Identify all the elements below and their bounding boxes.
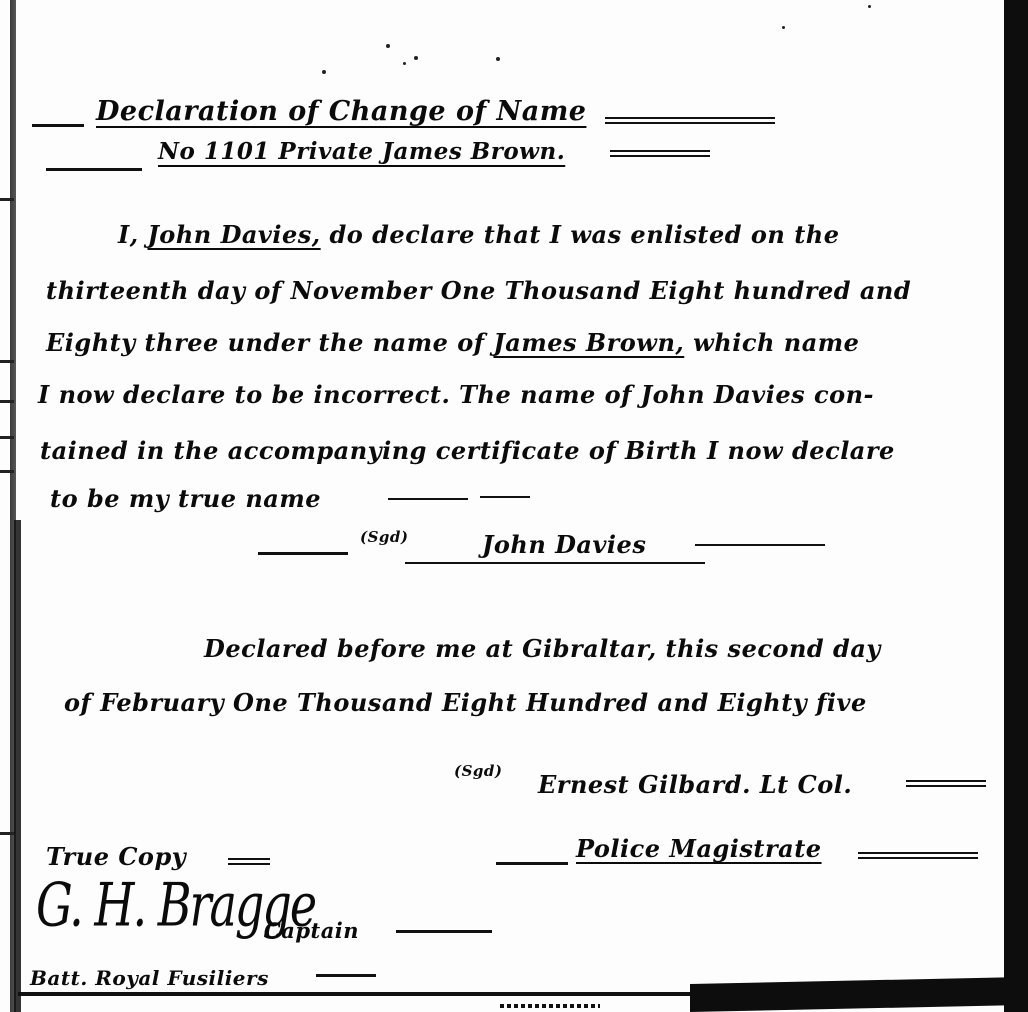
magistrate-signature: Ernest Gilbard. Lt Col. (538, 770, 852, 799)
attestation-line-2: of February One Thousand Eight Hundred a… (64, 688, 867, 717)
body-end-rule (388, 498, 468, 500)
title-rule-right (605, 117, 775, 119)
attestation-line-1: Declared before me at Gibraltar, this se… (204, 634, 881, 663)
body-line-2: thirteenth day of November One Thousand … (46, 276, 911, 305)
signature-rule-left (258, 552, 348, 555)
magistrate-title: Police Magistrate (576, 834, 822, 863)
ink-speck (868, 5, 871, 8)
scan-right-edge (1004, 0, 1028, 1012)
ink-speck (403, 62, 406, 65)
body-text: do declare that I was enlisted on the (330, 220, 840, 249)
bottom-page-rule (18, 992, 708, 996)
subtitle-rule-left (46, 168, 142, 171)
certifier-unit-rule (316, 974, 376, 977)
document-title: Declaration of Change of Name (96, 96, 586, 127)
margin-tick (0, 470, 14, 473)
declarant-signature: John Davies (482, 530, 646, 559)
document-subtitle: No 1101 Private James Brown. (158, 138, 565, 165)
margin-tick (0, 436, 14, 439)
magistrate-title-rule-right (858, 852, 978, 854)
margin-tick (0, 360, 14, 363)
signature-underline (405, 562, 705, 564)
sgd-label: (Sgd) (454, 762, 503, 780)
scan-bottom-edge (690, 977, 1028, 1012)
certifier-unit: Batt. Royal Fusiliers (30, 966, 269, 990)
body-text: I, (118, 220, 139, 249)
ink-speck (782, 26, 785, 29)
title-rule-left (32, 124, 84, 127)
scanned-document-page: Declaration of Change of Name No 1101 Pr… (0, 0, 1028, 1012)
left-margin-rule-lower (14, 520, 21, 1012)
body-line-4: I now declare to be incorrect. The name … (38, 380, 874, 409)
magistrate-rule-right (906, 780, 986, 782)
body-end-rule (480, 496, 530, 498)
margin-tick (0, 832, 14, 835)
magistrate-title-rule-left (496, 862, 568, 865)
body-line-3: Eighty three under the name of James Bro… (46, 328, 859, 357)
subtitle-rule-right (610, 150, 710, 152)
alias-name: James Brown, (493, 328, 684, 357)
signature-rule-right (695, 544, 825, 546)
certifier-rank: Captain (264, 918, 359, 943)
body-text: Eighty three under the name of (46, 328, 485, 357)
declarant-name: John Davies, (147, 220, 320, 249)
ink-speck (322, 70, 326, 74)
sgd-label: (Sgd) (360, 528, 409, 546)
ink-speck (414, 56, 418, 60)
true-copy-rule (228, 858, 270, 860)
body-line-5: tained in the accompanying certificate o… (40, 436, 895, 465)
ink-speck (386, 44, 390, 48)
margin-tick (0, 400, 14, 403)
body-line-1: I, John Davies, do declare that I was en… (118, 220, 840, 249)
ink-speck (496, 57, 500, 61)
margin-tick (0, 198, 14, 201)
body-line-6: to be my true name (50, 484, 321, 513)
body-text: which name (693, 328, 859, 357)
certifier-rank-rule (396, 930, 492, 933)
bottom-dotted-rule (500, 1004, 600, 1008)
true-copy-label: True Copy (46, 842, 186, 871)
